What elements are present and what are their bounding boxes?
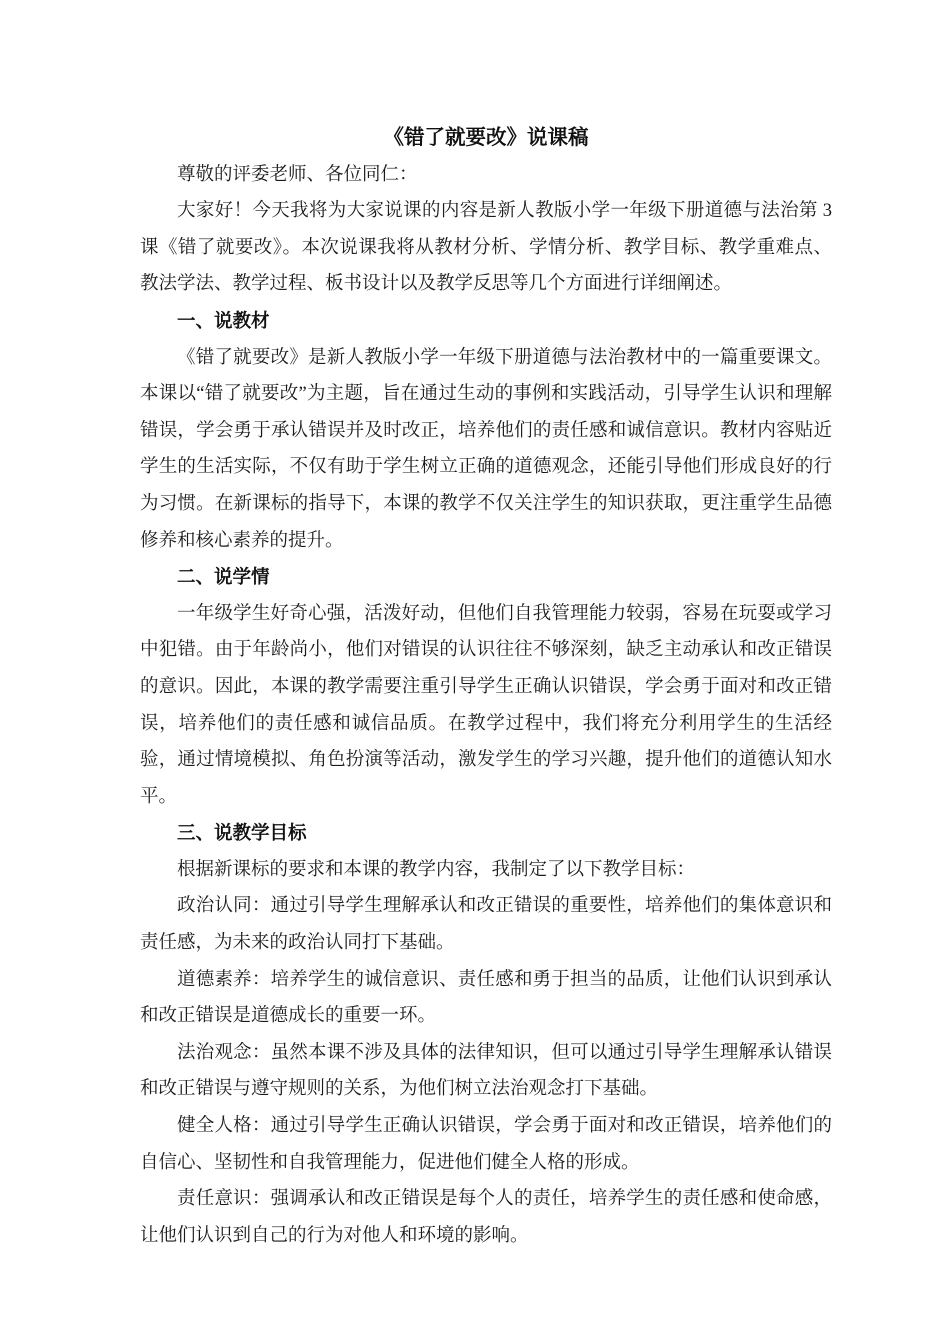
document-page: 《错了就要改》说课稿 尊敬的评委老师、各位同仁： 大家好！今天我将为大家说课的内… xyxy=(0,0,950,1344)
intro-paragraph: 大家好！今天我将为大家说课的内容是新人教版小学一年级下册道德与法治第 3 课《错… xyxy=(140,193,832,303)
teaching-material-paragraph: 《错了就要改》是新人教版小学一年级下册道德与法治教材中的一篇重要课文。本课以“错… xyxy=(140,340,832,560)
section-heading-teaching-material: 一、说教材 xyxy=(140,303,832,340)
goal-sound-personality-paragraph: 健全人格：通过引导学生正确认识错误，学会勇于面对和改正错误，培养他们的自信心、坚… xyxy=(140,1108,832,1181)
goal-responsibility-paragraph: 责任意识：强调承认和改正错误是每个人的责任，培养学生的责任感和使命感，让他们认识… xyxy=(140,1181,832,1254)
goal-political-identity-paragraph: 政治认同：通过引导学生理解承认和改正错误的重要性，培养他们的集体意识和责任感，为… xyxy=(140,888,832,961)
goal-moral-quality-paragraph: 道德素养：培养学生的诚信意识、责任感和勇于担当的品质，让他们认识到承认和改正错误… xyxy=(140,962,832,1035)
salutation-line: 尊敬的评委老师、各位同仁： xyxy=(140,157,832,194)
section-heading-learner-analysis: 二、说学情 xyxy=(140,559,832,596)
section-heading-teaching-goals: 三、说教学目标 xyxy=(140,815,832,852)
teaching-goals-intro-line: 根据新课标的要求和本课的教学内容，我制定了以下教学目标： xyxy=(140,852,832,889)
document-title: 《错了就要改》说课稿 xyxy=(140,120,832,157)
learner-analysis-paragraph: 一年级学生好奇心强，活泼好动，但他们自我管理能力较弱，容易在玩耍或学习中犯错。由… xyxy=(140,596,832,816)
goal-rule-of-law-paragraph: 法治观念：虽然本课不涉及具体的法律知识，但可以通过引导学生理解承认错误和改正错误… xyxy=(140,1035,832,1108)
